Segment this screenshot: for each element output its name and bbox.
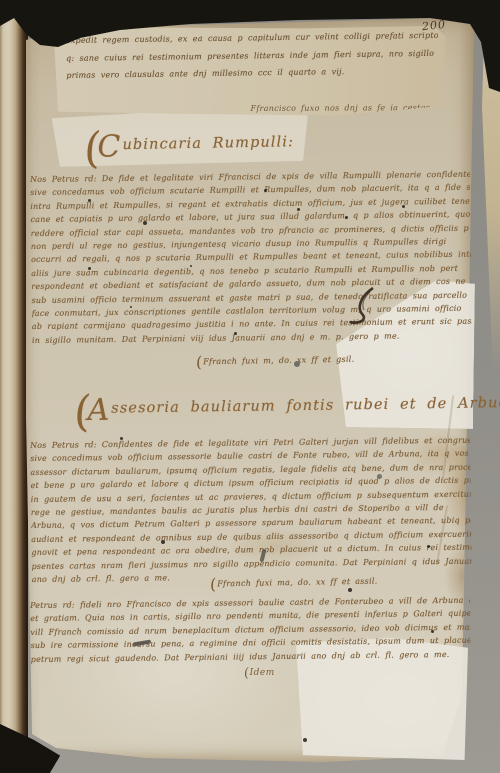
paraph-flourish: ( — [209, 575, 218, 594]
slip-text: expedit regem custodis, ex ea causa p ca… — [66, 31, 439, 89]
paraph-flourish: ( — [195, 353, 204, 372]
signoff-text: Ffranch fuxi ma, do. xx ff et assil. — [217, 577, 378, 589]
ink-speck — [297, 208, 300, 211]
ink-speck — [402, 205, 405, 208]
ink-flourish — [346, 286, 378, 328]
ink-speck — [120, 437, 123, 440]
paragraph-3: Petrus rd: fideli nro Ffrancisco de xpis… — [30, 596, 471, 669]
heading-text: ssesoria bauliarum fontis rubei et de Ar… — [111, 395, 500, 417]
folio-number: 200 — [421, 18, 446, 33]
heading-text: ubincaria Rumpulli: — [122, 134, 294, 153]
ink-speck — [88, 267, 91, 270]
chancery-signoff-1: (Ffranch fuxi m, do. xx ff et gsil. — [196, 351, 355, 372]
ink-speck — [190, 265, 192, 267]
section-heading-assesoria: (Assesoria bauliarum fontis rubei et de … — [74, 381, 500, 436]
ink-speck — [431, 630, 434, 633]
gray-blot — [294, 361, 300, 367]
ink-speck — [130, 306, 132, 308]
ink-speck — [427, 545, 430, 548]
book-gutter-page-edges — [0, 14, 28, 762]
ink-speck — [348, 588, 352, 592]
ink-speck — [161, 540, 165, 544]
signoff-text: Ffranch fuxi m, do. xx ff et gsil. — [203, 355, 354, 367]
paragraph-2: Nos Petrus rd: Confidentes de fide et le… — [30, 436, 472, 591]
ink-speck — [303, 738, 307, 742]
paragraph-1: Nos Petrus rd: De fide et legalitate vir… — [30, 170, 472, 353]
section-heading-cubincaria: (Cubincaria Rumpulli: — [84, 120, 295, 173]
idem-text: Idem — [250, 668, 275, 678]
idem-note: (Idem — [244, 666, 275, 681]
ink-speck — [345, 216, 348, 219]
ink-speck — [143, 221, 147, 225]
manuscript-photo: expedit regem custodis, ex ea causa p ca… — [0, 0, 500, 773]
gray-blot — [377, 474, 382, 479]
ink-speck — [264, 189, 267, 192]
ink-speck — [234, 332, 237, 335]
chancery-signoff-2: (Ffranch fuxi ma, do. xx ff et assil. — [210, 573, 378, 594]
pasted-slip: expedit regem custodis, ex ea causa p ca… — [54, 25, 446, 117]
ink-speck — [88, 199, 91, 202]
